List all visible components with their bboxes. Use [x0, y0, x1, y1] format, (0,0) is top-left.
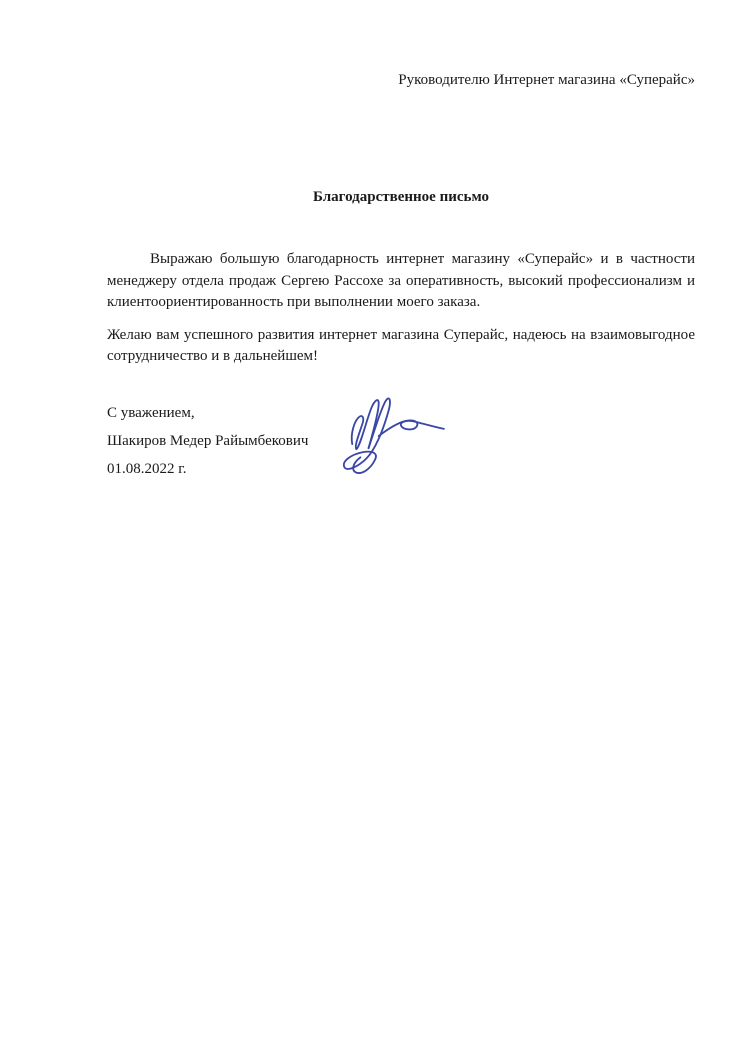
recipient-line: Руководителю Интернет магазина «Суперайс… — [107, 70, 695, 91]
letter-page: Руководителю Интернет магазина «Суперайс… — [0, 0, 750, 1060]
letter-title: Благодарственное письмо — [107, 187, 695, 208]
signature-strokes — [344, 398, 444, 473]
body-paragraph-1: Выражаю большую благодарность интернет м… — [107, 249, 695, 314]
handwritten-signature-icon — [338, 395, 450, 481]
body-paragraph-2: Желаю вам успешного развития интернет ма… — [107, 325, 695, 368]
